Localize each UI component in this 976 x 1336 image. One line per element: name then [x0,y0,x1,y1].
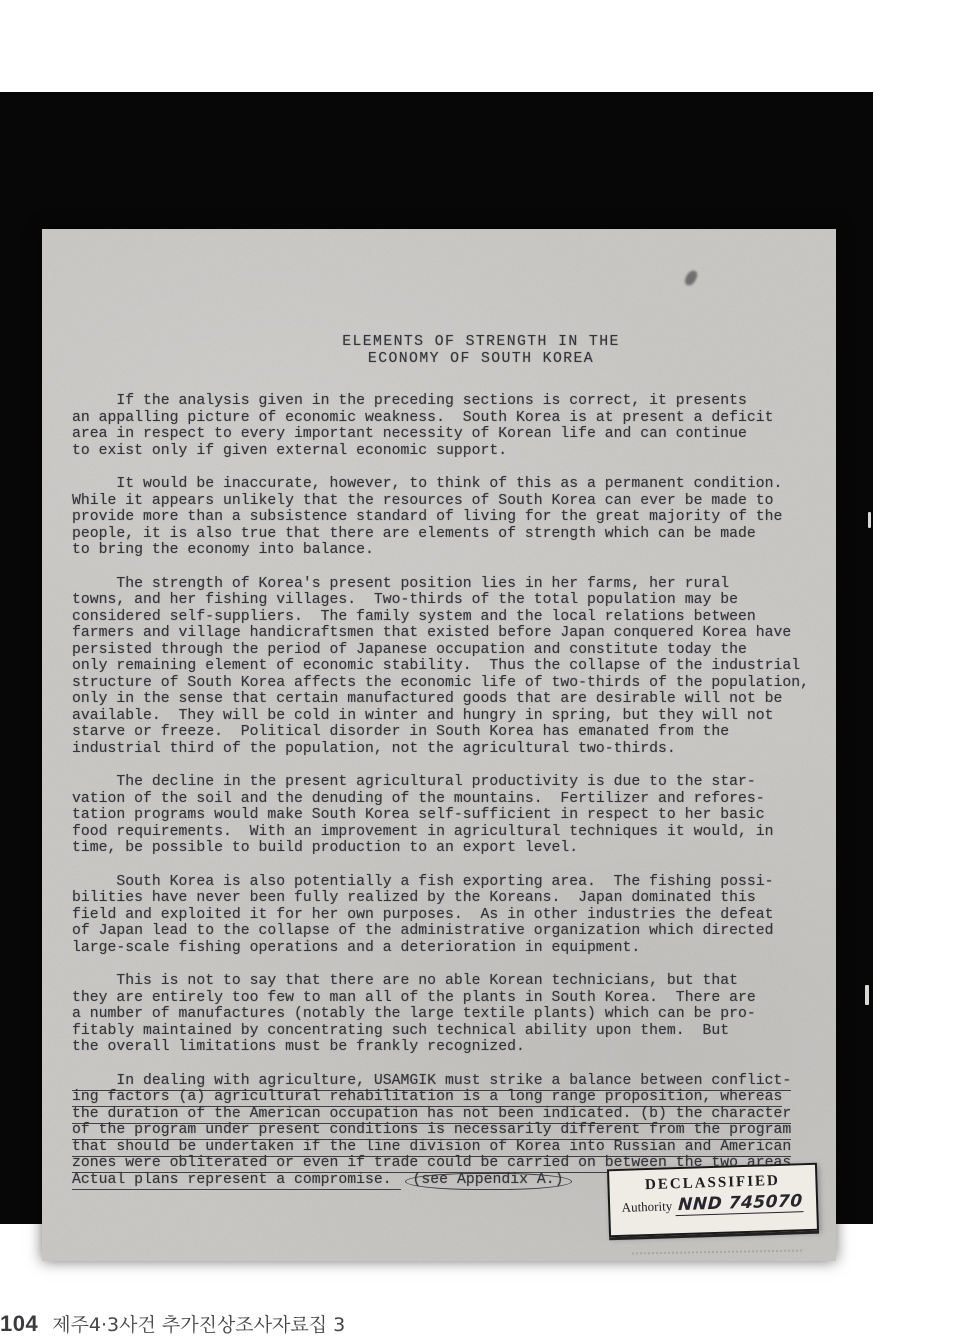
text-line: The strength of Korea's present position… [72,576,798,593]
document-page: ELEMENTS OF STRENGTH IN THE ECONOMY OF S… [42,229,836,1261]
text-line: area in respect to every important neces… [72,426,798,443]
text-line: farmers and village handicraftsmen that … [72,625,798,642]
text-line: industrial third of the population, not … [72,741,798,758]
authority-number-handwritten: NND 745070 [676,1191,806,1216]
text-line: considered self-suppliers. The family sy… [72,609,798,626]
text-line: field and exploited it for her own purpo… [72,907,798,924]
authority-line: AuthorityNND 745070 [610,1191,817,1218]
text-line: food requirements. With an improvement i… [72,824,798,841]
text-line: large-scale fishing operations and a det… [72,940,798,957]
text-line: only remaining element of economic stabi… [72,658,798,675]
text-line: to bring the economy into balance. [72,542,798,559]
text-line: While it appears unlikely that the resou… [72,493,798,510]
text-line: towns, and her fishing villages. Two-thi… [72,592,798,609]
text-line: to exist only if given external economic… [72,443,798,460]
text-line: a number of manufactures (notably the la… [72,1006,798,1023]
text-line: In dealing with agriculture, USAMGIK mus… [72,1073,798,1090]
text-line: bilities have never been fully realized … [72,890,798,907]
book-title: 제주4·3사건 추가진상조사자료집 3 [52,1314,345,1336]
text-line: the duration of the American occupation … [72,1106,798,1123]
text-line: time, be possible to build production to… [72,840,798,857]
film-scratch [865,985,869,1005]
text-line: ing factors (a) agricultural rehabilitat… [72,1089,798,1106]
text-line: an appalling picture of economic weaknes… [72,410,798,427]
book-footer: 104제주4·3사건 추가진상조사자료집 3 [0,1310,600,1336]
text-line: provide more than a subsistence standard… [72,509,798,526]
text-line: The decline in the present agricultural … [72,774,798,791]
title-line-2: ECONOMY OF SOUTH KOREA [164,351,798,368]
ink-smudge [683,269,699,288]
paragraphs-container: If the analysis given in the preceding s… [72,393,798,1188]
text-line: of Japan lead to the collapse of the adm… [72,923,798,940]
paragraph: The strength of Korea's present position… [72,576,798,758]
authority-label: Authority [621,1198,672,1215]
paragraph: This is not to say that there are no abl… [72,973,798,1056]
text-line: people, it is also true that there are e… [72,526,798,543]
text-line: they are entirely too few to man all of … [72,990,798,1007]
text-line: of the program under present conditions … [72,1122,798,1139]
declassified-stamp: DECLASSIFIED AuthorityNND 745070 [607,1163,819,1238]
text-line: tation programs would make South Korea s… [72,807,798,824]
pencil-marks [632,1240,802,1255]
scanned-photo-background: ELEMENTS OF STRENGTH IN THE ECONOMY OF S… [0,92,873,1224]
document-title: ELEMENTS OF STRENGTH IN THE ECONOMY OF S… [164,334,798,367]
text-line: only in the sense that certain manufactu… [72,691,798,708]
text-line: South Korea is also potentially a fish e… [72,874,798,891]
text-line: If the analysis given in the preceding s… [72,393,798,410]
text-line: the overall limitations must be frankly … [72,1039,798,1056]
paragraph: South Korea is also potentially a fish e… [72,874,798,957]
text-line: fitably maintained by concentrating such… [72,1023,798,1040]
paragraph: The decline in the present agricultural … [72,774,798,857]
text-line: available. They will be cold in winter a… [72,708,798,725]
text-line: that should be undertaken if the line di… [72,1139,798,1156]
typewritten-text: ELEMENTS OF STRENGTH IN THE ECONOMY OF S… [72,334,798,1205]
text-line: vation of the soil and the denuding of t… [72,791,798,808]
circled-annotation: (see Appendix A.) [405,1173,572,1190]
text-line: It would be inaccurate, however, to thin… [72,476,798,493]
text-line: This is not to say that there are no abl… [72,973,798,990]
text-line: starve or freeze. Political disorder in … [72,724,798,741]
page-number: 104 [0,1311,38,1336]
paragraph: It would be inaccurate, however, to thin… [72,476,798,559]
text-line: structure of South Korea affects the eco… [72,675,798,692]
paragraph: If the analysis given in the preceding s… [72,393,798,459]
film-scratch [868,512,871,528]
text-line: persisted through the period of Japanese… [72,642,798,659]
title-line-1: ELEMENTS OF STRENGTH IN THE [164,334,798,351]
